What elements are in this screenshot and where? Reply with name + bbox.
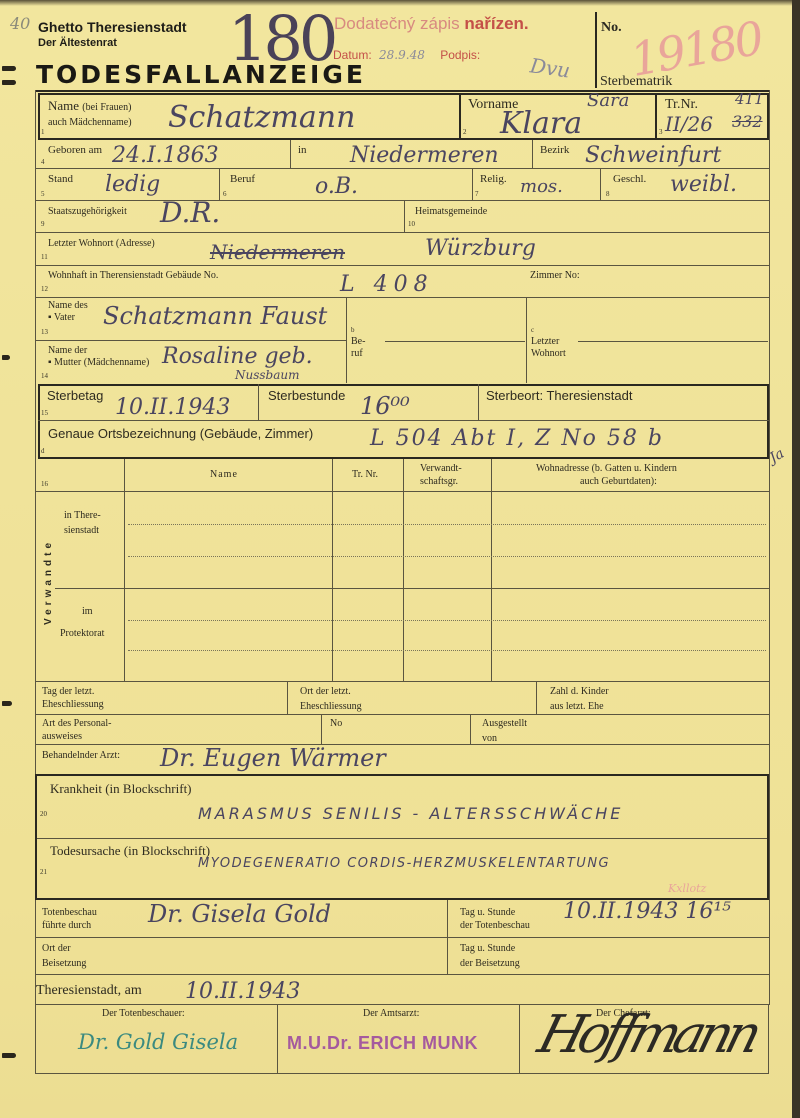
field-number: 21 bbox=[40, 868, 47, 876]
row-rule bbox=[35, 340, 346, 341]
divider bbox=[655, 93, 657, 140]
field-number: 3 bbox=[659, 128, 663, 136]
header-divider bbox=[595, 12, 597, 88]
divider bbox=[447, 900, 448, 974]
divider bbox=[404, 200, 405, 232]
field-letter: d bbox=[41, 447, 45, 455]
marriage-place-label-1: Ort der letzt. bbox=[300, 686, 351, 698]
fill-line bbox=[385, 341, 525, 342]
relatives-col-address-1: Wohnadresse (b. Gatten u. Kindern bbox=[536, 463, 677, 475]
field-number: 2 bbox=[463, 128, 467, 136]
row-rule bbox=[35, 937, 770, 938]
fill-line bbox=[578, 341, 768, 342]
marriage-date-label-2: Eheschliessung bbox=[42, 699, 104, 711]
ghetto-building-label: Wohnhaft in Therensienstadt Gebäude No. bbox=[48, 270, 218, 282]
official-doctor-label: Der Amtsarzt: bbox=[363, 1008, 419, 1020]
org-name: Ghetto Theresienstadt bbox=[38, 19, 187, 35]
last-residence-value: Würzburg bbox=[425, 236, 536, 261]
mother-name-value: Rosaline geb. bbox=[162, 344, 313, 369]
divider bbox=[536, 681, 537, 714]
binder-hole bbox=[2, 701, 12, 706]
divider bbox=[519, 1004, 520, 1074]
death-hour-value: 16⁰⁰ bbox=[360, 392, 410, 420]
father-label-line1: Name des bbox=[48, 300, 88, 312]
attending-doctor-value: Dr. Eugen Wärmer bbox=[160, 744, 386, 772]
id-issued-label-2: von bbox=[482, 733, 497, 745]
mother-label-text: Mutter (Mädchenname) bbox=[54, 357, 149, 368]
divider bbox=[526, 297, 527, 383]
examiner-signature: Dr. Gold Gisela bbox=[78, 1030, 238, 1054]
relatives-col-name: Name bbox=[210, 469, 238, 481]
field-number: 11 bbox=[41, 253, 48, 261]
form-top-rule bbox=[35, 90, 770, 92]
parent-residence-label2: Wohnort bbox=[531, 348, 566, 360]
divider bbox=[470, 714, 471, 744]
row-rule bbox=[35, 200, 770, 201]
parent-residence-label1: Letzter bbox=[531, 336, 559, 348]
field-number: 5 bbox=[41, 190, 45, 198]
field-number: 15 bbox=[41, 409, 48, 417]
mother-label-line1: Name der bbox=[48, 345, 87, 357]
examination-time-label-1: Tag u. Stunde bbox=[460, 907, 515, 919]
divider bbox=[478, 384, 479, 420]
mother-maiden-value: Nussbaum bbox=[235, 368, 300, 382]
registry-stamp-line1: Dodatečný zápis nařízen. bbox=[334, 14, 529, 34]
divider bbox=[346, 297, 347, 383]
death-certificate-form: 40 Ghetto Theresienstadt Der Ältestenrat… bbox=[0, 0, 800, 1118]
examiner-signature-label: Der Totenbeschauer: bbox=[102, 1008, 185, 1020]
last-residence-struck: Niedermeren bbox=[210, 240, 345, 264]
occupation-label: Beruf bbox=[230, 173, 255, 185]
field-number: 4 bbox=[41, 158, 45, 166]
illness-value: MARASMUS SENILIS - ALTERSSCHWÄCHE bbox=[198, 804, 623, 823]
registry-stamp-line2: Datum: 28.9.48 Podpis: bbox=[333, 48, 480, 62]
cause-of-death-label: Todesursache (in Blockschrift) bbox=[50, 845, 210, 857]
burial-time-label-2: der Beisetzung bbox=[460, 958, 520, 970]
district-value: Schweinfurt bbox=[585, 143, 721, 168]
binder-hole bbox=[2, 355, 10, 360]
marriage-date-label-1: Tag der letzt. bbox=[42, 686, 94, 698]
examiner-label-1: Totenbeschau bbox=[42, 907, 97, 919]
father-name-value: Schatzmann Faust bbox=[103, 302, 327, 330]
row-rule bbox=[35, 744, 770, 745]
birthplace-value: Niedermeren bbox=[350, 143, 499, 168]
field-letter: b bbox=[351, 326, 355, 334]
row-rule bbox=[35, 681, 770, 682]
divider bbox=[459, 93, 461, 140]
relatives-group-protectorate-1: im bbox=[82, 606, 93, 618]
field-number: 13 bbox=[41, 328, 48, 336]
relatives-group-protectorate-2: Protektorat bbox=[60, 628, 104, 640]
field-number: 16 bbox=[41, 480, 48, 488]
binder-hole bbox=[2, 66, 16, 71]
mother-label-line2: ▪ Mutter (Mädchenname) bbox=[48, 357, 149, 369]
occupation-value: o.B. bbox=[315, 174, 358, 199]
exact-location-value: L 504 Abt I, Z No 58 b bbox=[370, 426, 664, 451]
sex-value: weibl. bbox=[670, 172, 737, 197]
examination-time-label-2: der Totenbeschau bbox=[460, 920, 530, 932]
divider bbox=[290, 140, 291, 168]
relative-entry-line[interactable] bbox=[128, 650, 766, 651]
divider bbox=[321, 714, 322, 744]
stamp-date-label: Datum: bbox=[333, 48, 372, 62]
first-name-value: Klara bbox=[500, 106, 582, 141]
burial-place-label-2: Beisetzung bbox=[42, 958, 86, 970]
handwritten-number: 180 bbox=[228, 2, 334, 75]
marital-status-label: Stand bbox=[48, 173, 73, 185]
divider bbox=[472, 168, 473, 200]
parent-occupation-label2: ruf bbox=[351, 348, 363, 360]
field-number: 20 bbox=[40, 810, 47, 818]
burial-time-label-1: Tag u. Stunde bbox=[460, 943, 515, 955]
divider bbox=[600, 168, 601, 200]
divider bbox=[258, 384, 259, 420]
attending-doctor-label: Behandelnder Arzt: bbox=[42, 750, 120, 762]
divider bbox=[532, 140, 533, 168]
id-number-label: No bbox=[330, 718, 342, 730]
row-rule bbox=[35, 297, 770, 298]
first-name-extra: Sara bbox=[587, 90, 629, 111]
examiner-label-2: führte durch bbox=[42, 920, 91, 932]
transport-number-label: Tr.Nr. bbox=[665, 99, 698, 111]
field-letter: c bbox=[531, 326, 534, 334]
field-number: 10 bbox=[408, 220, 415, 228]
last-residence-label: Letzter Wohnort (Adresse) bbox=[48, 238, 155, 250]
field-number: 9 bbox=[41, 220, 45, 228]
field-number: 7 bbox=[475, 190, 479, 198]
binder-hole bbox=[2, 1053, 16, 1058]
examiner-value: Dr. Gisela Gold bbox=[148, 900, 331, 928]
divider bbox=[491, 459, 492, 681]
religion-value: mos. bbox=[520, 176, 563, 197]
citizenship-label: Staatszugehörigkeit bbox=[48, 206, 127, 218]
relatives-group-theresienstadt-1: in There- bbox=[64, 510, 101, 522]
row-rule bbox=[35, 714, 770, 715]
children-count-label-2: aus letzt. Ehe bbox=[550, 701, 604, 713]
parent-occupation-label1: Be- bbox=[351, 336, 365, 348]
relatives-col-kinship-1: Verwandt- bbox=[420, 463, 462, 475]
row-rule bbox=[35, 168, 770, 169]
transport-number-value: II/26 bbox=[665, 112, 713, 136]
pencil-margin-note: 40 bbox=[10, 14, 30, 33]
relatives-side-label: Verwandte bbox=[43, 539, 55, 625]
district-label: Bezirk bbox=[540, 144, 569, 156]
divider bbox=[403, 459, 404, 681]
form-right-rule bbox=[769, 90, 770, 1005]
binder-hole bbox=[2, 80, 16, 85]
relatives-col-trnr: Tr. Nr. bbox=[352, 469, 378, 481]
illness-label: Krankheit (in Blockschrift) bbox=[50, 783, 192, 795]
ghetto-building-value: L 408 bbox=[340, 272, 434, 297]
death-place-label: Sterbeort: Theresienstadt bbox=[486, 390, 632, 402]
field-number: 8 bbox=[606, 190, 610, 198]
sterbematrik-label: Sterbematrik bbox=[600, 74, 672, 90]
number-label: No. bbox=[601, 20, 622, 36]
relatives-group-theresienstadt-2: sienstadt bbox=[64, 525, 99, 537]
field-number: 12 bbox=[41, 285, 48, 293]
stamp-signature: Dvu bbox=[529, 53, 572, 82]
stamp-text-faded: Dodatečný zápis bbox=[334, 14, 464, 33]
org-council: Der Ältestenrat bbox=[38, 37, 117, 49]
divider bbox=[332, 459, 333, 681]
row-rule bbox=[35, 974, 770, 975]
surname-value: Schatzmann bbox=[168, 100, 355, 135]
death-date-value: 10.II.1943 bbox=[115, 395, 230, 420]
born-in-label: in bbox=[298, 144, 307, 156]
citizenship-value: D.R. bbox=[160, 196, 220, 229]
transport-number-top: 411 bbox=[735, 90, 764, 108]
row-rule bbox=[35, 232, 770, 233]
place-date-label: Theresienstadt, am bbox=[36, 985, 142, 997]
transport-number-struck: 332 bbox=[732, 112, 763, 131]
home-community-label: Heimatsgemeinde bbox=[415, 206, 487, 218]
divider bbox=[287, 681, 288, 714]
divider bbox=[124, 459, 125, 681]
row-rule bbox=[37, 838, 767, 839]
father-label-text: Vater bbox=[54, 312, 75, 323]
death-date-label: Sterbetag bbox=[47, 390, 103, 402]
relative-entry-line[interactable] bbox=[128, 620, 766, 621]
marriage-place-label-2: Eheschliessung bbox=[300, 701, 362, 713]
row-rule bbox=[38, 420, 769, 421]
children-count-label-1: Zahl d. Kinder bbox=[550, 686, 609, 698]
chief-doctor-signature: Hoffmann bbox=[532, 1005, 763, 1065]
red-annotation: Kxllotz bbox=[668, 882, 706, 895]
relatives-col-address-2: auch Geburtdaten): bbox=[580, 476, 657, 488]
id-type-label-1: Art des Personal- bbox=[42, 718, 111, 730]
born-label: Geboren am bbox=[48, 144, 102, 156]
official-doctor-stamp: M.U.Dr. ERICH MUNK bbox=[287, 1033, 478, 1054]
burial-place-label-1: Ort der bbox=[42, 943, 71, 955]
surname-label-maiden: auch Mädchenname) bbox=[48, 117, 132, 129]
field-number: 6 bbox=[223, 190, 227, 198]
surname-label-sub: (bei Frauen) bbox=[82, 102, 131, 113]
sex-label: Geschl. bbox=[613, 173, 646, 185]
id-issued-label-1: Ausgestellt bbox=[482, 718, 527, 730]
religion-label: Relig. bbox=[480, 173, 507, 185]
place-date-value: 10.II.1943 bbox=[185, 979, 300, 1004]
field-number: 1 bbox=[41, 128, 45, 136]
relative-entry-line[interactable] bbox=[128, 524, 766, 525]
stamp-date-value: 28.9.48 bbox=[379, 48, 425, 62]
surname-label-main: Name bbox=[48, 98, 79, 113]
death-hour-label: Sterbestunde bbox=[268, 390, 345, 402]
stamp-sign-label: Podpis: bbox=[440, 48, 480, 62]
room-number-label: Zimmer No: bbox=[530, 270, 580, 282]
row-rule bbox=[55, 588, 769, 589]
exact-location-label: Genaue Ortsbezeichnung (Gebäude, Zimmer) bbox=[48, 428, 313, 440]
relatives-col-kinship-2: schaftsgr. bbox=[420, 476, 458, 488]
row-rule bbox=[35, 265, 770, 266]
stamp-text-strong: nařízen. bbox=[464, 14, 528, 33]
surname-label: Name (bei Frauen) bbox=[48, 100, 131, 114]
divider bbox=[277, 1004, 278, 1074]
marital-status-value: ledig bbox=[105, 172, 160, 197]
father-label-line2: ▪ Vater bbox=[48, 312, 75, 324]
examination-time-value: 10.II.1943 16¹⁵ bbox=[563, 899, 731, 924]
cause-of-death-value: MYODEGENERATIO CORDIS-HERZMUSKELENTARTUN… bbox=[198, 856, 610, 871]
id-type-label-2: ausweises bbox=[42, 731, 82, 743]
born-date-value: 24.I.1863 bbox=[112, 143, 219, 168]
relative-entry-line[interactable] bbox=[128, 556, 766, 557]
field-number: 14 bbox=[41, 372, 48, 380]
